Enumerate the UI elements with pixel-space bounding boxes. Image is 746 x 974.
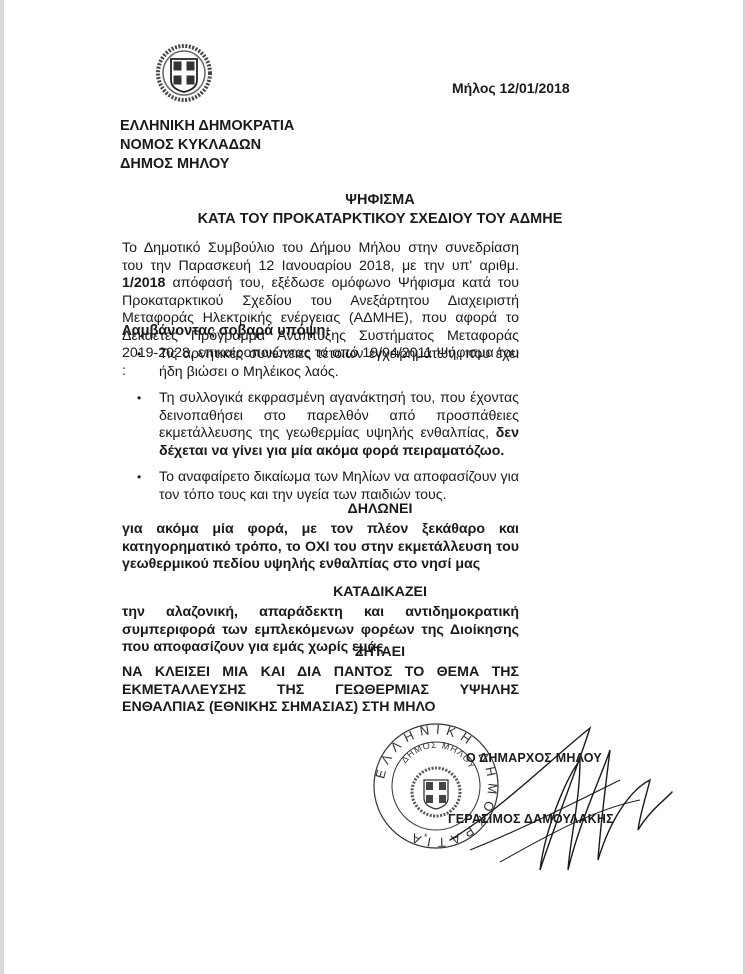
- document-title: ΨΗΦΙΣΜΑ ΚΑΤΑ ΤΟΥ ΠΡΟΚΑΤΑΡΚΤΙΚΟΥ ΣΧΕΔΙΟΥ …: [100, 191, 660, 229]
- list-item: Τις αρνητικές συνέπειες τέτοιων εγχειρημ…: [137, 346, 519, 381]
- issuing-authority: ΕΛΛΗΝΙΚΗ ΔΗΜΟΚΡΑΤΙΑ ΝΟΜΟΣ ΚΥΚΛΑΔΩΝ ΔΗΜΟΣ…: [120, 117, 294, 174]
- decision-number: 1/2018: [122, 275, 165, 291]
- demands-heading: ΖΗΤΑΕΙ: [100, 644, 660, 660]
- document-date: Μήλος 12/01/2018: [452, 80, 570, 96]
- considering-heading: Λαμβάνοντας σοβαρά υπόψη:: [122, 323, 330, 339]
- list-item-text: Τη συλλογικά εκφρασμένη αγανάκτησή του, …: [159, 390, 519, 441]
- list-item: Τη συλλογικά εκφρασμένη αγανάκτησή του, …: [137, 390, 519, 460]
- list-item: Το αναφαίρετο δικαίωμα των Μηλίων να απο…: [137, 469, 519, 504]
- condemns-heading: ΚΑΤΑΔΙΚΑΖΕΙ: [100, 584, 660, 600]
- greek-coat-of-arms-icon: [156, 44, 212, 102]
- title-line-resolution: ΨΗΦΙΣΜΑ: [100, 191, 660, 210]
- intro-part1: Το Δημοτικό Συμβούλιο του Δήμου Μήλου στ…: [122, 240, 519, 274]
- demands-paragraph: ΝΑ ΚΛΕΙΣΕΙ ΜΙΑ ΚΑΙ ΔΙΑ ΠΑΝΤΟΣ ΤΟ ΘΕΜΑ ΤΗ…: [122, 664, 519, 717]
- issuer-line-prefecture: ΝΟΜΟΣ ΚΥΚΛΑΔΩΝ: [120, 136, 294, 155]
- handwritten-signature-icon: [440, 720, 680, 880]
- considering-list: Τις αρνητικές συνέπειες τέτοιων εγχειρημ…: [137, 346, 519, 513]
- title-line-subject: ΚΑΤΑ ΤΟΥ ΠΡΟΚΑΤΑΡΚΤΙΚΟΥ ΣΧΕΔΙΟΥ ΤΟΥ ΑΔΜΗ…: [100, 210, 660, 229]
- list-item-text: Τις αρνητικές συνέπειες τέτοιων εγχειρημ…: [159, 346, 519, 380]
- issuer-line-municipality: ΔΗΜΟΣ ΜΗΛΟΥ: [120, 155, 294, 174]
- declares-heading: ΔΗΛΩΝΕΙ: [100, 501, 660, 517]
- list-item-text: Το αναφαίρετο δικαίωμα των Μηλίων να απο…: [159, 469, 519, 503]
- declares-paragraph: για ακόμα μία φορά, με τον πλέον ξεκάθαρ…: [122, 521, 519, 574]
- svg-text:*: *: [424, 832, 428, 842]
- issuer-line-republic: ΕΛΛΗΝΙΚΗ ΔΗΜΟΚΡΑΤΙΑ: [120, 117, 294, 136]
- page-edge-left: [0, 0, 4, 974]
